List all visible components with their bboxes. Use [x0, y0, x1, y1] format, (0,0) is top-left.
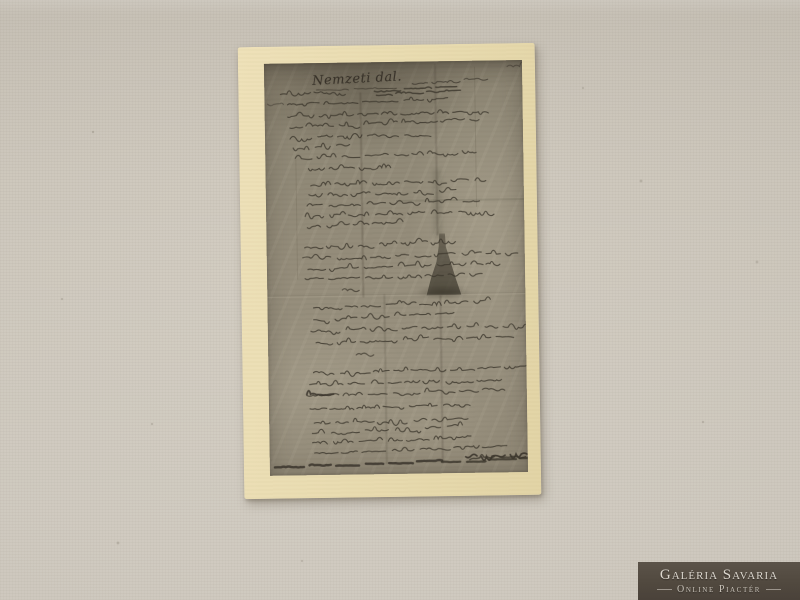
dash-decoration [766, 589, 781, 590]
watermark-subtitle-row: Online Piactér [657, 584, 781, 595]
watermark-title: Galéria Savaria [660, 567, 778, 583]
manuscript-photo: Nemzeti dal. [264, 60, 528, 476]
watermark-subtitle: Online Piactér [677, 584, 761, 595]
handwriting-strokes [264, 60, 528, 476]
watermark-badge: Galéria Savaria Online Piactér [638, 562, 800, 600]
dash-decoration [657, 589, 672, 590]
postcard: Nemzeti dal. [238, 43, 542, 499]
product-photo: Nemzeti dal. Galéria Savaria Online Piac… [0, 0, 800, 600]
